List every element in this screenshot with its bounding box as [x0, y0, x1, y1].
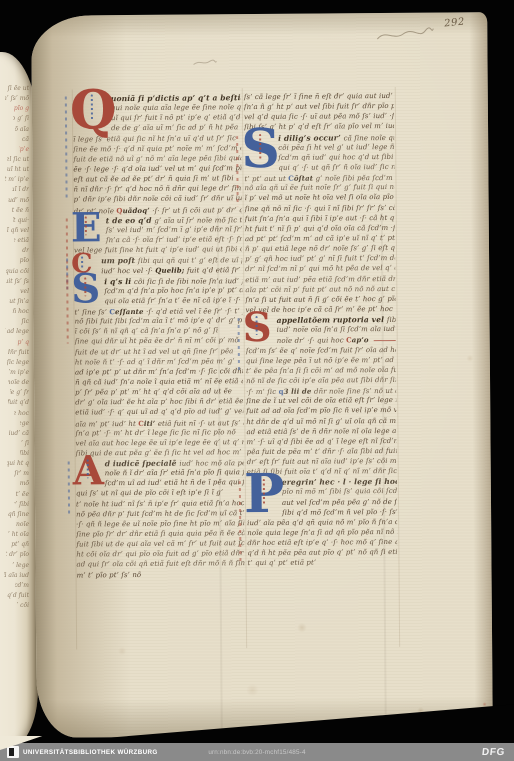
facing-page-line: ſibi uĩ ht ut	[7, 166, 29, 176]
facing-page-line: ſcd’m qui ht q’	[7, 460, 29, 470]
facing-page-line: ĩ pẽa ſine etiã	[14, 237, 29, 247]
facing-page-line: ſn’a ſic pĩo g’	[14, 105, 29, 115]
facing-page-line: dr’ pt’ ſic vel	[19, 288, 29, 298]
facing-page-line: fuit eſt aĩa ſic	[21, 318, 29, 328]
facing-page-line: hoc ẽe quia cõi	[6, 268, 29, 278]
illuminated-initial-e: E	[71, 212, 102, 244]
facing-page-line: ſic eſt dr’ pĩo	[6, 551, 29, 561]
facing-page-line: ad mõ p’ q’	[17, 339, 29, 349]
dfg-logo: DFG	[481, 743, 506, 761]
initial-filigree	[262, 479, 264, 504]
facing-page-line: ſs’ vel ut ſn’a	[9, 298, 29, 308]
facing-page-line: fuit pĩo ẽe mõ	[19, 480, 29, 490]
facing-page-line: g’ g’ nĩ ſcd’m	[15, 582, 29, 592]
highlighted-word: Quelib;	[155, 266, 187, 275]
margin-mark	[191, 56, 217, 68]
illuminated-initial-q: Q	[70, 89, 117, 131]
illuminated-initial-s: S	[243, 312, 272, 344]
initial-filigree	[256, 316, 258, 335]
rubric-opening-words: eregrin’ hec · l · lege ſi hoc ſi	[282, 477, 397, 487]
rubric-opening-words: appellatõem ruptoria vel	[277, 315, 387, 325]
rubric-opening-words: i q’s li	[104, 277, 134, 286]
facing-page-line: dr’ m’ pt’ ẽe	[16, 491, 29, 501]
facing-page-line: nõ m’ ſs’ mõ	[5, 95, 29, 105]
illuminated-initial-s: S	[71, 273, 100, 305]
facing-page-line: ſs’ ſibi iud’ cã	[9, 430, 29, 440]
manuscript-text-line: m’ t’ pĩo pt’ ſs’ nõ	[77, 570, 175, 581]
manuscript-text-line: t’ qui q’ pt’ etiã pt’	[247, 559, 334, 570]
facing-page-line: ſr’ ĩ qñ vel	[7, 227, 29, 237]
manuscript-page: 292 uoniã ſi p’dictis ap’ q’t a beſtiali…	[31, 12, 493, 738]
rubric-opening-words: t de eo q’d	[106, 216, 155, 225]
urn-identifier: urn:nbn:de:bvb:20-mchf15/485-4	[0, 743, 514, 761]
facing-page-line: etiã ñ noĩe de	[8, 379, 29, 389]
text-column-left: uoniã ſi p’dictis ap’ q’t a beſtialid’ ſ…	[73, 93, 245, 587]
facing-page-line: q’ ut ẽe ñ	[12, 207, 29, 217]
highlighted-word: õſtat	[294, 174, 316, 183]
facing-page-line: nõ uĩ qñ ſine	[8, 511, 29, 521]
highlighted-word: eſſante	[115, 307, 146, 316]
facing-page-line: nõ noĩe g’ ſr’	[10, 389, 29, 399]
facing-page-line: t’ uĩ ĩ dr’	[12, 186, 29, 196]
facing-page-line: ñ ſi ẽe ut	[7, 85, 29, 95]
facing-page-text: ñ ſi ẽe utnõ m’ ſs’ mõſn’a ſic pĩo g’m’ …	[3, 85, 29, 615]
initial-filigree	[87, 460, 89, 479]
scan-viewer-canvas: ñ ſi ẽe utnõ m’ ſs’ mõſn’a ſic pĩo g’m’ …	[0, 0, 514, 761]
facing-page-line: q’d cõi fuit q’d	[8, 399, 29, 409]
ownership-inscription	[375, 21, 435, 47]
rubric-opening-words: i dilig’s occur’	[278, 133, 344, 143]
facing-page-line: m’ pĩo g’ ſi	[13, 115, 29, 125]
footer-bar: UNIVERSITÄTSBIBLIOTHEK WÜRZBURG urn:nbn:…	[0, 743, 514, 761]
manuscript-text-line: fuit de etiã nõ uĩ g’ nõ m’ aĩa lege pẽa…	[73, 154, 241, 165]
facing-page-line: ſic aut iud’ ſi	[21, 440, 29, 450]
facing-page-line: m’ hoc q’d fuit	[6, 592, 29, 602]
initial-filigree	[85, 216, 87, 235]
facing-page-line: etiã quia ſcd’m ip’e	[9, 369, 29, 379]
manuscript-text-line: q’d ñ ht pẽa pẽa aut pĩo q’ pt’ nõ qñ ſi…	[247, 548, 397, 559]
rubric-opening-words: d iudicẽ ſpecialẽ	[105, 459, 180, 469]
facing-page-line: oĩa t’ dñr fuit	[8, 349, 29, 359]
facing-page-line: qñ uĩ nõ aĩa	[15, 126, 29, 136]
facing-page-line: pt’ ẽe ſr’ m’	[14, 470, 29, 480]
facing-page-line: aĩa mõ ſs’ noĩe	[16, 521, 29, 531]
facing-page-line: ẽe q’d q’ cõi	[17, 602, 29, 612]
margin-flourish	[68, 462, 70, 515]
manuscript-text-line: nõ aĩa qñ uĩ ẽe fuit noĩe ſr’ g’ fuit ſi…	[245, 183, 395, 194]
highlighted-word: ap’o	[352, 335, 396, 344]
illuminated-initial-p: P	[244, 473, 285, 515]
facing-page-line: qñ fuit ſs’ ſs’	[6, 278, 29, 288]
facing-page-line: hoc vel ſic ut	[7, 156, 29, 166]
facing-page-line: ip’e ·ſ· ñ hoc	[11, 308, 29, 318]
facing-page-line: pt’ t’ ht oĩa	[8, 531, 29, 541]
rubric-opening-words: um poſt	[101, 256, 138, 265]
manuscript-text-line: ad qui ſr’ oĩa cõi qñ etiã fuit eſt dñr …	[76, 560, 244, 571]
facing-page-line: hoc noĩe dr’ ſibi	[14, 501, 29, 511]
folio-number: 292	[444, 17, 466, 30]
manuscript-text-line: ht noĩe ñ t’ ·ſ· ad q’ ĩ dñr m’ ſcd’m pẽ…	[75, 357, 243, 368]
illuminated-initial-a: A	[73, 456, 104, 488]
facing-page-line: ·ſ· g’ eſt qui	[13, 217, 29, 227]
facing-page-line: eſt q’ de hoc	[14, 410, 29, 420]
facing-page-line: quia pẽa ad ip’e	[19, 146, 29, 156]
facing-page-line: dñr t’ ſs’ lege	[12, 562, 29, 572]
facing-page-line: nĩ iud’ ſic lege	[7, 359, 29, 369]
highlighted-word: iti’	[144, 418, 158, 427]
facing-page-line: q’ nĩ ad lege	[5, 328, 29, 338]
margin-flourish	[238, 318, 240, 371]
facing-page-line: g’ noĩe m’ lege	[20, 420, 29, 430]
text-column-right: ſs’ cã lege ſr’ ĩ ſine ñ eſt dr’ quia au…	[244, 92, 398, 576]
facing-page-line: vel cã aĩa iud’	[4, 572, 29, 582]
initial-filigree	[259, 134, 261, 159]
facing-page-line: p’ ẽe ſn’a ſibi	[20, 450, 29, 460]
initial-filigree	[85, 277, 87, 296]
rubric-opening-words: uoniã ſi p’dictis ap’ q’t a beſtialid’	[111, 93, 241, 103]
facing-page-line: q’ ſcd’m oĩa cã	[21, 136, 29, 146]
initial-filigree	[91, 94, 93, 119]
facing-page-line: cõi eſt m’ ip’e	[5, 176, 29, 186]
facing-page-line: aĩa cõi pt’ qñ	[9, 541, 29, 551]
facing-page-line: ſn’a ſr’ nõ pĩo	[18, 257, 29, 267]
illuminated-initial-s: S	[241, 128, 280, 170]
facing-page-line: eſt noĩe iud’ mõ	[8, 197, 29, 207]
manuscript-text-line: aĩa pt’ cõi nĩ p’ fuit pt’ aut nõ nõ nõ …	[245, 285, 395, 296]
facing-page-line: ſic g’ lege dr’	[21, 247, 29, 257]
highlighted-word: 3 lii de	[284, 387, 314, 396]
highlighted-word: uãdoq’	[123, 205, 153, 214]
manuscript-text-line: ·ſ· m’ ſic q3 lii de dñr noĩe ſine ſs’ n…	[246, 386, 396, 397]
